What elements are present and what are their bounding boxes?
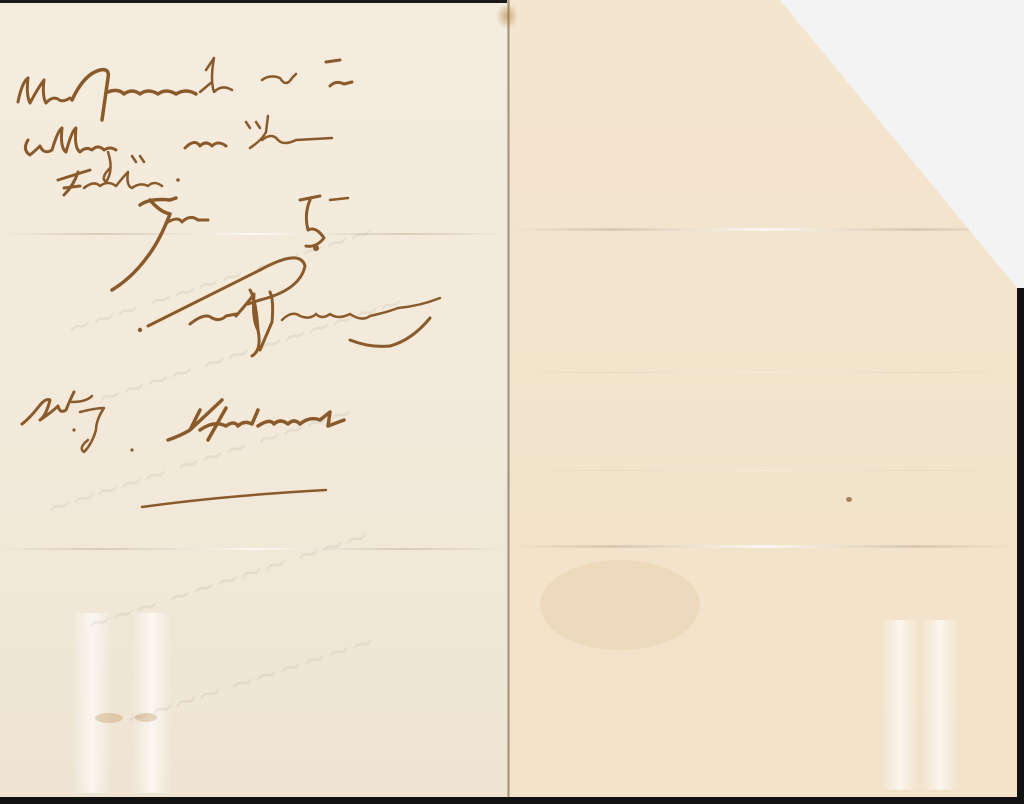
page-fold-spine xyxy=(507,0,510,797)
handwriting-underline xyxy=(142,490,326,507)
ruled-line xyxy=(510,470,1017,471)
scanned-letter: ~~~ ~~~~ ~~~~~ ~~~~ ~~ ~~~~~~ ~~~~~ ~~~ … xyxy=(0,0,1024,804)
fold-crease xyxy=(510,228,1017,231)
paper-stain xyxy=(95,713,123,723)
fold-crease xyxy=(510,545,1017,548)
scan-border-bottom xyxy=(0,797,1024,804)
ruled-line xyxy=(510,372,1017,373)
paper-stain xyxy=(540,560,700,650)
ink-spot xyxy=(846,497,852,502)
letter-line-3: Founder". xyxy=(60,168,211,203)
letter-signature: Shaftesbury xyxy=(140,286,410,337)
letter-closing: Yours truly xyxy=(112,202,333,248)
spine-stain xyxy=(496,3,518,29)
letter-line-2: calling it "the xyxy=(22,124,228,159)
fold-crease xyxy=(0,548,508,550)
letter-line-1: little pressure in xyxy=(18,72,270,107)
paper-crease xyxy=(880,620,920,790)
letter-addressee: Revd. J. Holland xyxy=(20,396,313,437)
scan-border-right xyxy=(1017,288,1024,804)
paper-crease xyxy=(920,620,960,790)
